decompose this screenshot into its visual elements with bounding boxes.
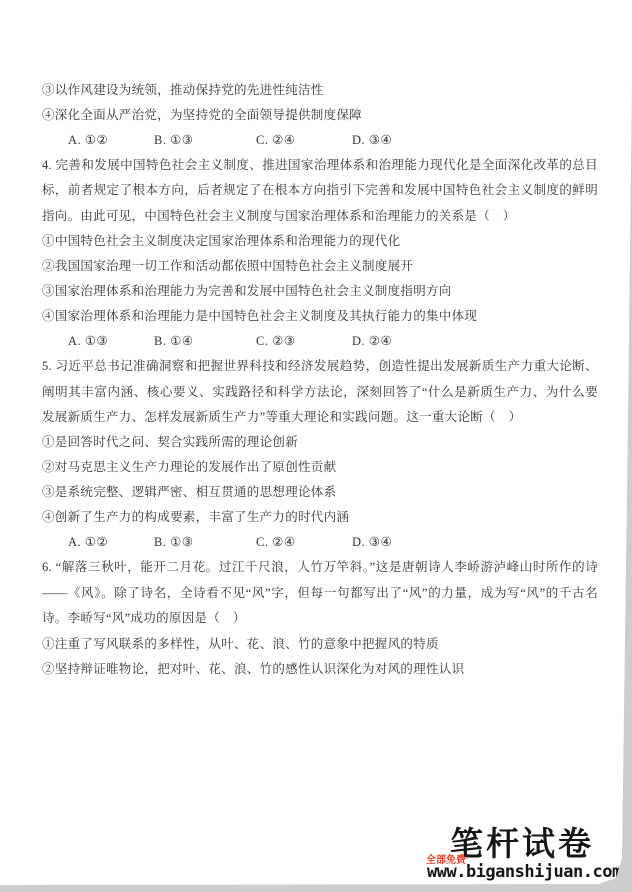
- question-4-option-3: ③国家治理体系和治理能力为完善和发展中国特色社会主义制度指明方向: [42, 279, 598, 304]
- question-5-stem: 5. 习近平总书记准确洞察和把握世界科技和经济发展趋势，创造性提出发展新质生产力…: [42, 354, 598, 430]
- prev-question-option-4: ④深化全面从严治党，为坚持党的全面领导提供制度保障: [42, 103, 598, 128]
- exam-content: ③以作风建设为统领，推动保持党的先进性纯洁性 ④深化全面从严治党，为坚持党的全面…: [0, 0, 626, 682]
- question-5-option-2: ②对马克思主义生产力理论的发展作出了原创性贡献: [42, 455, 598, 480]
- choice-d: D. ②④: [352, 329, 392, 354]
- watermark-brand-logo: 笔杆试卷: [450, 818, 594, 865]
- choice-c: C. ②④: [256, 128, 352, 153]
- prev-question-choices-row: A. ①②B. ①③C. ②④D. ③④: [42, 128, 598, 153]
- choice-a: A. ①③: [68, 329, 154, 354]
- question-4-stem: 4. 完善和发展中国特色社会主义制度、推进国家治理体系和治理能力现代化是全面深化…: [42, 153, 598, 229]
- question-5-option-3: ③是系统完整、逻辑严密、相互贯通的思想理论体系: [42, 480, 598, 505]
- watermark-site-url: www.biganshijuan.com: [427, 862, 622, 882]
- choice-b: B. ①③: [154, 530, 256, 555]
- choice-b: B. ①③: [154, 128, 256, 153]
- choice-d: D. ③④: [352, 128, 392, 153]
- question-4-choices-row: A. ①③B. ①④C. ②③D. ②④: [42, 329, 598, 354]
- choice-b: B. ①④: [154, 329, 256, 354]
- choice-c: C. ②③: [256, 329, 352, 354]
- document-canvas: { "colors": { "canvas_gray": "#cdcdcd", …: [0, 0, 632, 892]
- question-6-option-1: ①注重了写风联系的多样性，从叶、花、浪、竹的意象中把握风的特质: [42, 632, 598, 657]
- question-4-option-2: ②我国国家治理一切工作和活动都依照中国特色社会主义制度展开: [42, 254, 598, 279]
- question-5-choices-row: A. ①②B. ①③C. ②④D. ③④: [42, 530, 598, 555]
- choice-a: A. ①②: [68, 128, 154, 153]
- prev-question-option-3: ③以作风建设为统领，推动保持党的先进性纯洁性: [42, 78, 598, 103]
- choice-a: A. ①②: [68, 530, 154, 555]
- exam-paper-page: ③以作风建设为统领，推动保持党的先进性纯洁性 ④深化全面从严治党，为坚持党的全面…: [0, 0, 632, 892]
- question-5-option-1: ①是回答时代之问、契合实践所需的理论创新: [42, 430, 598, 455]
- question-4-option-4: ④国家治理体系和治理能力是中国特色社会主义制度及其执行能力的集中体现: [42, 304, 598, 329]
- choice-c: C. ②④: [256, 530, 352, 555]
- question-5-option-4: ④创新了生产力的构成要素，丰富了生产力的时代内涵: [42, 505, 598, 530]
- question-6-stem: 6. “解落三秋叶，能开二月花。过江千尺浪，人竹万竿斜。”这是唐朝诗人李峤游泸峰…: [42, 555, 598, 631]
- question-4-option-1: ①中国特色社会主义制度决定国家治理体系和治理能力的现代化: [42, 229, 598, 254]
- question-6-option-2: ②坚持辩证唯物论，把对叶、花、浪、竹的感性认识深化为对风的理性认识: [42, 657, 598, 682]
- choice-d: D. ③④: [352, 530, 392, 555]
